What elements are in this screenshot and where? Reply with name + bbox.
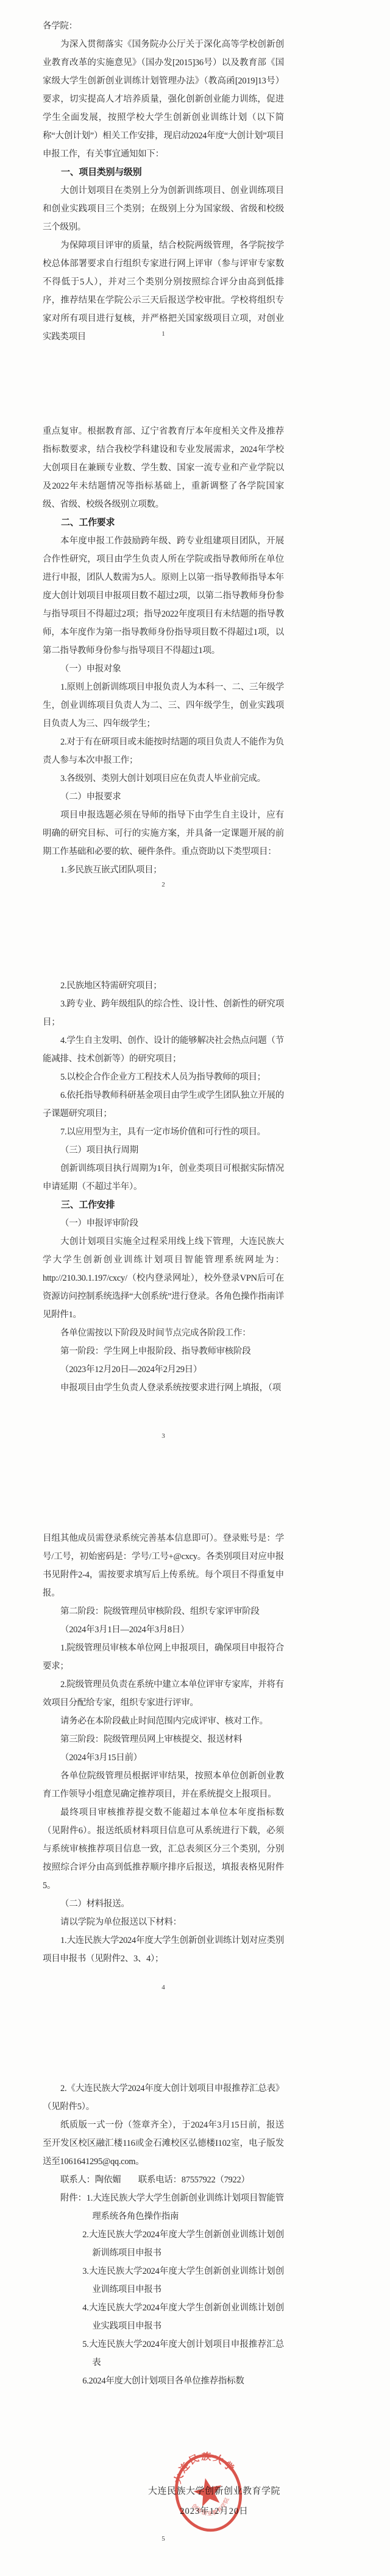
paragraph-continued: 重点复审。根据教育部、辽宁省教育厅本年度相关文件及推荐指标数要求，结合我校学科建… xyxy=(43,422,284,514)
paragraph: 1.原则上创新训练项目申报负责人为本科一、二、三年级学生，创业训练项目负责人为二… xyxy=(43,678,284,733)
paragraph: 3.各级别、类别大创计划项目应在负责人毕业前完成。 xyxy=(43,770,284,788)
paragraph: 大创计划项目在类别上分为创新训练项目、创业训练项目和创业实践项目三个类别；在级别… xyxy=(43,182,284,236)
paragraph: 申报项目由学生负责人登录系统按要求进行网上填报，（项 xyxy=(43,1379,284,1397)
issue-date: 2023年12月20日 xyxy=(148,2502,280,2522)
attachments-list-item: 3.大连民族大学2024年度大学生创新创业训练计划创业训练项目申报书 xyxy=(43,2262,284,2299)
page-5: 2.《大连民族大学2024年度大创计划项目申报推荐汇总表》（见附件5）。纸质版一… xyxy=(0,2056,390,2576)
attachments-list-item: 5.大连民族大学2024年度大创计划项目申报推荐汇总表 xyxy=(43,2335,284,2372)
page-number: 1 xyxy=(43,330,284,338)
paragraph: （2023年12月20日—2024年2月29日） xyxy=(43,1361,284,1379)
section-heading: 二、工作要求 xyxy=(43,514,284,532)
signature-block: 大连民族大学创新创业教育学院2023年12月20日 xyxy=(148,2482,280,2522)
paragraph: 6.依托指导教师科研基金项目由学生或学生团队独立开展的子课题研究项目； xyxy=(43,1086,284,1123)
sub-heading: （二）材料报送。 xyxy=(43,1895,284,1913)
page-number: 4 xyxy=(43,1984,284,1991)
paragraph: 请务必在本阶段截止时间范围内完成评审、核对工作。 xyxy=(43,1712,284,1730)
issuer-name: 大连民族大学创新创业教育学院 xyxy=(148,2482,280,2502)
paragraph: 2.民族地区特需研究项目； xyxy=(43,977,284,995)
attachments-list-item: 4.大连民族大学2024年度大学生创新创业训练计划创业实践项目申报书 xyxy=(43,2299,284,2335)
paragraph: 各单位院级管理员根据评审结果，按照本单位创新创业教育工作领导小组意见确定推荐项目… xyxy=(43,1767,284,1803)
page-number: 3 xyxy=(43,1432,284,1440)
paragraph: 1.多民族互嵌式团队项目； xyxy=(43,861,284,879)
sub-heading: （二）申报要求 xyxy=(43,788,284,806)
paragraph: 3.跨专业、跨年级组队的综合性、设计性、创新性的研究项目； xyxy=(43,995,284,1031)
paragraph: 项目申报选题必须在导师的指导下由学生自主设计，应有明确的研究目标、可行的实施方案… xyxy=(43,806,284,861)
paragraph: （2024年3月15日前） xyxy=(43,1749,284,1767)
paragraph: 第三阶段：院级管理员网上审核提交、报送材料 xyxy=(43,1730,284,1749)
paragraph: 请以学院为单位报送以下材料： xyxy=(43,1913,284,1931)
paragraph: 各单位需按以下阶段及时间节点完成各阶段工作： xyxy=(43,1324,284,1342)
paragraph: 2.院级管理员负责在系统中建立本单位评审专家库，并将有效项目分配给专家，组织专家… xyxy=(43,1675,284,1712)
paragraph: 为保障项目评审的质量，结合校院两级管理，各学院按学校总体部署要求自行组织专家进行… xyxy=(43,236,284,346)
attachments-list-item: 6.2024年度大创计划项目各单位推荐指标数 xyxy=(43,2372,284,2390)
paragraph: 本年度申报工作鼓励跨年级、跨专业组建项目团队，开展合作性研究，项目由学生负责人所… xyxy=(43,532,284,660)
page-number: 5 xyxy=(43,2535,284,2542)
paragraph: 1.院级管理员审核本单位网上申报项目，确保项目申报符合要求； xyxy=(43,1639,284,1675)
sub-heading: （一）申报评审阶段 xyxy=(43,1214,284,1233)
page-4: 目组其他成员需登录系统完善基本信息即可）。登录账号是：学号/工号，初始密码是：学… xyxy=(0,1505,390,2056)
paragraph: 2.《大连民族大学2024年度大创计划项目申报推荐汇总表》（见附件5）。 xyxy=(43,2079,284,2116)
page-number: 2 xyxy=(43,881,284,888)
salutation: 各学院： xyxy=(43,17,284,35)
section-heading: 三、工作安排 xyxy=(43,1196,284,1214)
paragraph: 最终项目审核推荐提交数不能超过本单位本年度指标数（见附件6）。报送纸质材料项目信… xyxy=(43,1803,284,1895)
paragraph: 为深入贯彻落实《国务院办公厅关于深化高等学校创新创业教育改革的实施意见》（国办发… xyxy=(43,35,284,163)
paragraph: 7.以应用型为主，具有一定市场价值和可行性的项目。 xyxy=(43,1123,284,1141)
svg-text:大连民族大学: 大连民族大学 xyxy=(167,2446,239,2487)
paragraph: 4.学生自主发明、创作、设计的能够解决社会热点问题（节能减排、技术创新等）的研究… xyxy=(43,1031,284,1068)
paragraph: （2024年3月1日—2024年3月8日） xyxy=(43,1621,284,1639)
paragraph: 1.大连民族大学2024年度大学生创新创业训练计划对应类别项目申报书（见附件2、… xyxy=(43,1931,284,1968)
sub-heading: （一）申报对象 xyxy=(43,660,284,678)
paragraph-continued: 目组其他成员需登录系统完善基本信息即可）。登录账号是：学号/工号，初始密码是：学… xyxy=(43,1529,284,1602)
section-heading: 一、项目类别与级别 xyxy=(43,163,284,182)
paragraph: 大创计划项目实施全过程采用线上线下管理，大连民族大学大学生创新创业训练计划项目智… xyxy=(43,1233,284,1324)
page-3: 2.民族地区特需研究项目；3.跨专业、跨年级组队的综合性、设计性、创新性的研究项… xyxy=(0,954,390,1505)
paragraph: 第一阶段：学生网上申报阶段、指导教师审核阶段 xyxy=(43,1342,284,1361)
paragraph: 联系人：陶依媚 联系电话：87557922（7922） xyxy=(43,2171,284,2189)
page-1: 各学院：为深入贯彻落实《国务院办公厅关于深化高等学校创新创业教育改革的实施意见》… xyxy=(0,0,390,402)
attachments-list-item: 2.大连民族大学2024年度大学生创新创业训练计划创新训练项目申报书 xyxy=(43,2226,284,2262)
page-2: 重点复审。根据教育部、辽宁省教育厅本年度相关文件及推荐指标数要求，结合我校学科建… xyxy=(0,402,390,954)
paragraph: 纸质版一式一份（签章齐全），于2024年3月15日前，报送至开发区校区融汇楼11… xyxy=(43,2116,284,2171)
document-scan: 各学院：为深入贯彻落实《国务院办公厅关于深化高等学校创新创业教育改革的实施意见》… xyxy=(0,0,390,2576)
paragraph: 第二阶段：院级管理员审核阶段、组织专家评审阶段 xyxy=(43,1602,284,1621)
paragraph: 5.以校企合作企业方工程技术人员为指导教师的项目； xyxy=(43,1068,284,1086)
attachments-list-item: 附件：1.大连民族大学大学生创新创业训练计划项目智能管理系统各角色操作指南 xyxy=(43,2189,284,2226)
paragraph: 2.对于有在研项目或未能按时结题的项目负责人不能作为负责人参与本次申报工作； xyxy=(43,733,284,770)
paragraph: 创新训练项目执行周期为1年，创业类项目可根据实际情况申请延期（不超过半年）。 xyxy=(43,1159,284,1196)
sub-heading: （三）项目执行周期 xyxy=(43,1141,284,1159)
